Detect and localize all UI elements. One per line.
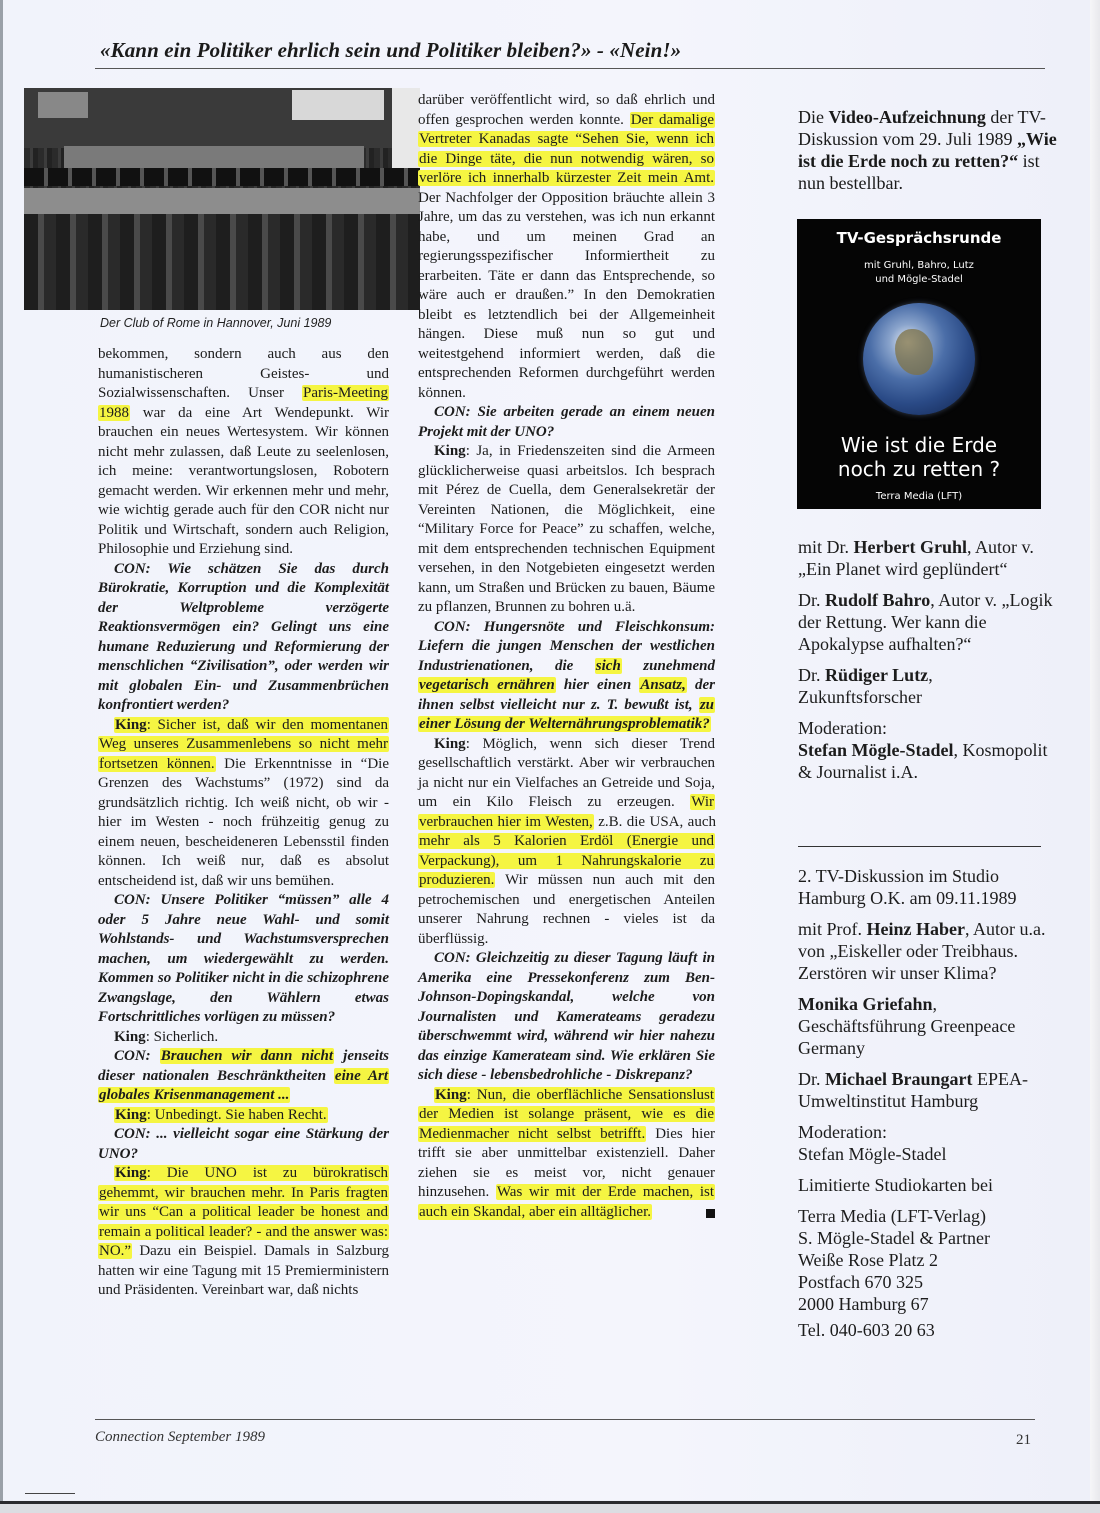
moderation-entry: Moderation:Stefan Mögle-Stadel <box>798 1121 1060 1165</box>
interview-answer: King: Ja, in Friedenszeiten sind die Arm… <box>418 442 715 618</box>
dvd-cover: TV-Gesprächsrunde mit Gruhl, Bahro, Lutz… <box>797 219 1041 509</box>
interview-question: CON: Hungersnöte und Fleischkonsum: Lief… <box>418 618 715 735</box>
interview-question: CON: Wie schätzen Sie das durch Bürokrat… <box>98 560 389 716</box>
interview-answer: King: Möglich, wenn sich dieser Trend ge… <box>418 735 715 950</box>
guest-entry: mit Dr. Herbert Gruhl, Autor v. „Ein Pla… <box>798 536 1060 580</box>
guest-entry: mit Prof. Heinz Haber, Autor u.a. von „E… <box>798 918 1060 984</box>
page-left-edge <box>0 0 3 1513</box>
paragraph: bekommen, sondern auch aus den humanisti… <box>98 345 389 560</box>
page-number: 21 <box>1016 1432 1031 1449</box>
interview-answer: King: Nun, die oberflächliche Sensations… <box>418 1086 715 1223</box>
club-of-rome-photo <box>24 88 420 310</box>
interview-question: CON: ... vielleicht sogar eine Stärkung … <box>98 1125 389 1164</box>
contact-phone: Tel. 040-603 20 63 <box>798 1319 1060 1341</box>
guest-entry: Dr. Michael Braungart EPEA-Umweltinstitu… <box>798 1068 1060 1112</box>
speaker-label: King <box>115 717 147 733</box>
end-of-article-mark <box>706 1209 715 1218</box>
dvd-publisher: Terra Media (LFT) <box>797 491 1041 502</box>
contact-address: Terra Media (LFT-Verlag) S. Mögle-Stadel… <box>798 1205 1060 1315</box>
photo-caption: Der Club of Rome in Hannover, Juni 1989 <box>100 316 331 330</box>
interview-question: CON: Sie arbeiten gerade an einem neuen … <box>418 403 715 442</box>
interview-answer: King: Die UNO ist zu bürokratisch gehemm… <box>98 1164 389 1301</box>
dvd-subtitle: mit Gruhl, Bahro, Lutz und Mögle-Stadel <box>797 259 1041 287</box>
guest-entry: Monika Griefahn, Geschäftsführung Greenp… <box>798 993 1060 1059</box>
page-bottom-edge <box>0 1501 1100 1513</box>
video-promo-text: Die Video-Aufzeichnung der TV-Diskussion… <box>798 106 1058 194</box>
interview-answer: King: Sicherlich. <box>98 1028 389 1048</box>
page-header-title: «Kann ein Politiker ehrlich sein und Pol… <box>100 38 1060 63</box>
speaker-label: King <box>114 1029 146 1045</box>
interview-question: CON: Brauchen wir dann nicht jenseits di… <box>98 1047 389 1106</box>
guest-entry: Dr. Rüdiger Lutz, Zukunftsforscher <box>798 664 1060 708</box>
article-column-2: darüber veröffentlicht wird, so daß ehrl… <box>418 91 715 1222</box>
paragraph: darüber veröffentlicht wird, so daß ehrl… <box>418 91 715 403</box>
interview-answer: King: Sicher ist, daß wir den momentanen… <box>98 716 389 892</box>
dvd-main-title: Wie ist die Erde noch zu retten ? <box>797 433 1041 481</box>
page-right-edge <box>1090 0 1100 1513</box>
interview-question: CON: Gleichzeitig zu dieser Tagung läuft… <box>418 949 715 1086</box>
corner-mark <box>25 1493 75 1494</box>
interview-answer: King: Unbedingt. Sie haben Recht. <box>98 1106 389 1126</box>
sidebar-promo: Die Video-Aufzeichnung der TV-Diskussion… <box>798 106 1058 194</box>
dvd-title: TV-Gesprächsrunde <box>797 229 1041 247</box>
header-divider <box>95 68 1045 69</box>
speaker-label: King <box>115 1107 147 1123</box>
speaker-label: King <box>435 1087 467 1103</box>
interview-question: CON: Unsere Politiker “müssen” alle 4 od… <box>98 891 389 1028</box>
meeting-banner <box>292 90 384 120</box>
speaker-label: King <box>434 443 466 459</box>
earth-globe-icon <box>863 303 975 415</box>
moderation-entry: Moderation:Stefan Mögle-Stadel, Kosmopol… <box>798 717 1060 783</box>
sidebar-divider <box>798 846 1041 847</box>
footer-divider <box>95 1419 1035 1420</box>
second-tv-discussion: 2. TV-Diskussion im Studio Hamburg O.K. … <box>798 865 1060 1341</box>
event-heading: 2. TV-Diskussion im Studio Hamburg O.K. … <box>798 865 1060 909</box>
guest-list-1: mit Dr. Herbert Gruhl, Autor v. „Ein Pla… <box>798 536 1060 792</box>
speaker-label: King <box>434 736 466 752</box>
publication-name: Connection September 1989 <box>95 1429 265 1446</box>
guest-entry: Dr. Rudolf Bahro, Autor v. „Logik der Re… <box>798 589 1060 655</box>
tickets-note: Limitierte Studiokarten bei <box>798 1174 1060 1196</box>
speaker-label: King <box>115 1165 147 1181</box>
article-column-1: bekommen, sondern auch aus den humanisti… <box>98 345 389 1301</box>
